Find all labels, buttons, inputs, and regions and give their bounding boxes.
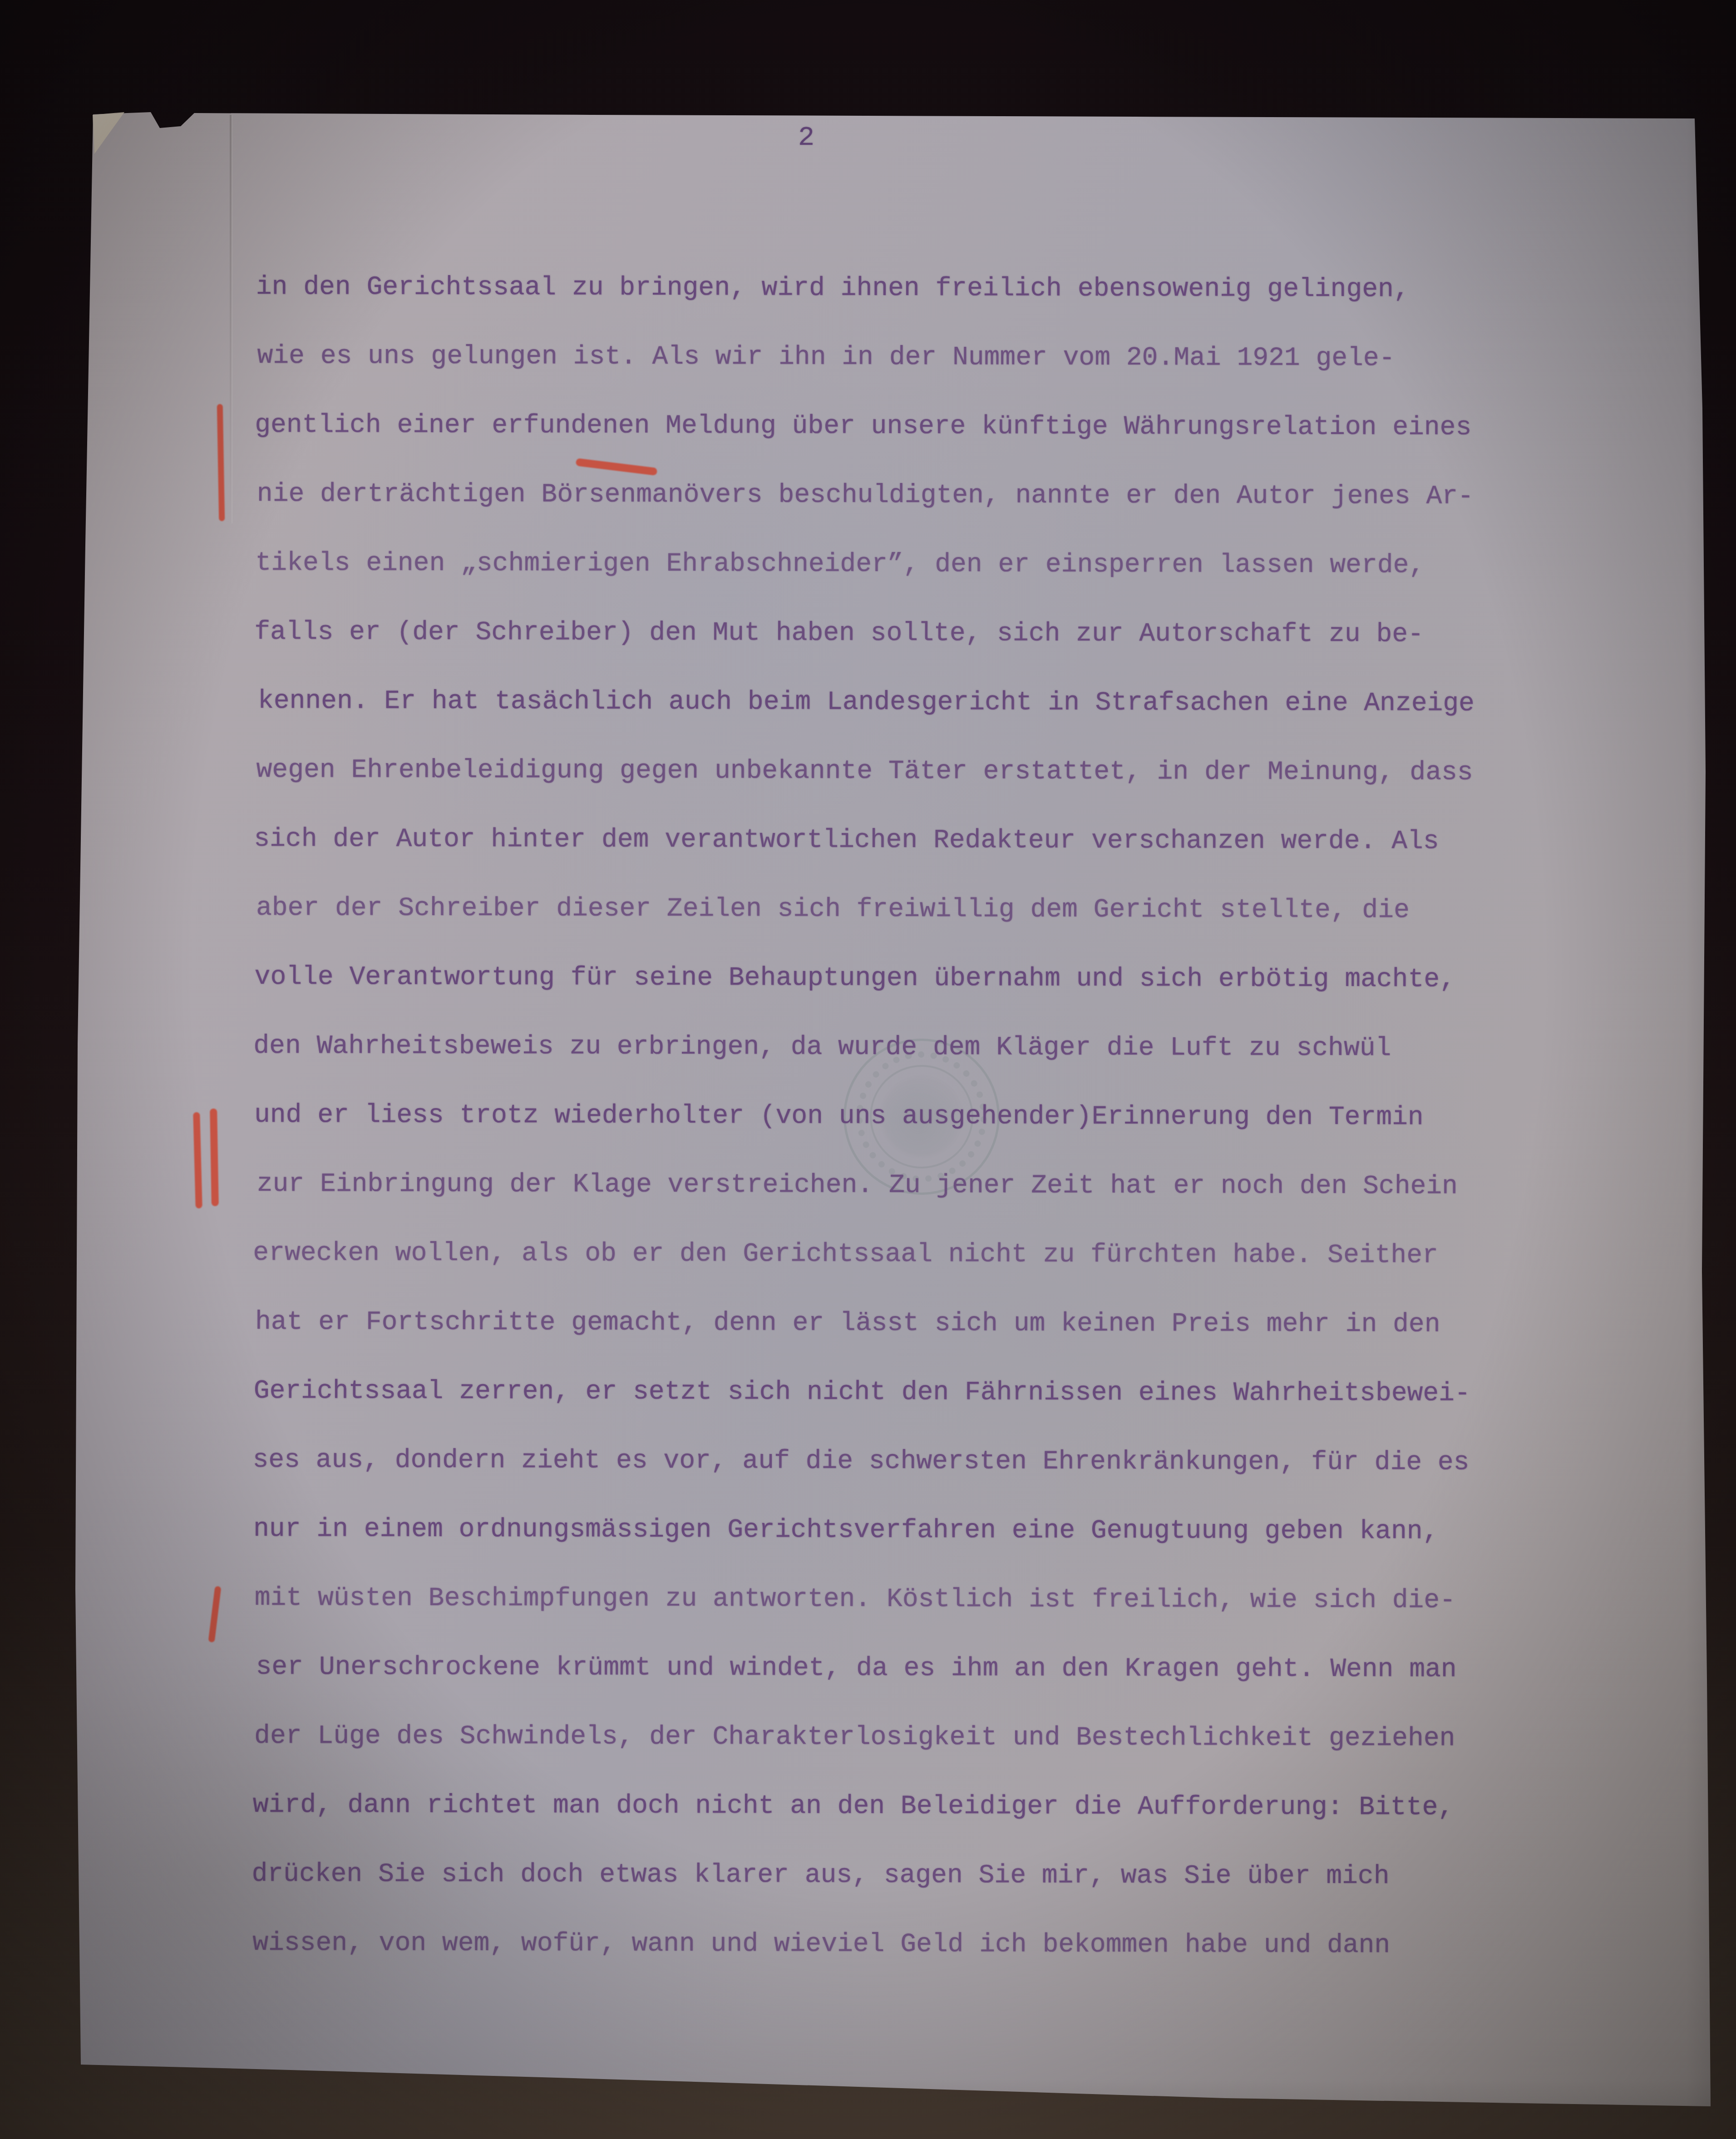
typewritten-text-block: in den Gerichtssaal zu bringen, wird ihn… [252, 253, 1518, 1981]
red-margin-mark-icon [217, 404, 225, 521]
red-margin-mark-icon [193, 1112, 202, 1208]
text-line: falls er (der Schreiber) den Mut haben s… [254, 598, 1516, 670]
red-margin-mark-icon [208, 1586, 221, 1643]
paper-sheet: 2 in den Gerichtssaal zu bringen, wird i… [0, 0, 1736, 2139]
text-line: gentlich einer erfundenen Meldung über u… [255, 391, 1517, 463]
text-line: wissen, von wem, wofür, wann und wieviel… [252, 1909, 1514, 1981]
text-line: wie es uns gelungen ist. Als wir ihn in … [257, 322, 1519, 394]
text-line: kennen. Er hat tasächlich auch beim Land… [258, 667, 1520, 739]
text-line: wird, dann richtet man doch nicht an den… [253, 1771, 1515, 1843]
page-number: 2 [779, 123, 833, 153]
text-line: zur Einbringung der Klage verstreichen. … [257, 1150, 1519, 1222]
text-line: der Lüge des Schwindels, der Charakterlo… [254, 1702, 1516, 1774]
text-line: in den Gerichtssaal zu bringen, wird ihn… [256, 253, 1518, 325]
text-line: tikels einen „schmierigen Ehrabschneider… [255, 529, 1517, 601]
text-line: wegen Ehrenbeleidigung gegen unbekannte … [256, 736, 1518, 808]
text-line: erwecken wollen, als ob er den Gerichtss… [253, 1219, 1515, 1291]
text-line: nur in einem ordnungsmässigen Gerichtsve… [253, 1495, 1515, 1567]
red-margin-mark-icon [210, 1109, 219, 1206]
text-line: ses aus, dondern zieht es vor, auf die s… [252, 1426, 1514, 1498]
text-line: den Wahrheitsbeweis zu erbringen, da wur… [253, 1012, 1515, 1084]
text-line: ser Unerschrockene krümmt und windet, da… [256, 1633, 1518, 1705]
text-line: aber der Schreiber dieser Zeilen sich fr… [256, 874, 1518, 946]
text-line: Gerichtssaal zerren, er setzt sich nicht… [254, 1357, 1516, 1429]
text-line: volle Verantwortung für seine Behauptung… [254, 943, 1516, 1015]
text-line: hat er Fortschritte gemacht, denn er läs… [255, 1288, 1517, 1360]
text-line: und er liess trotz wiederholter (von uns… [254, 1081, 1516, 1153]
scanned-document-photo: { "page": { "number": "2", "lines": [ "i… [0, 0, 1736, 2139]
paper-crease [230, 115, 232, 523]
text-line: drücken Sie sich doch etwas klarer aus, … [252, 1840, 1514, 1912]
text-line: nie derträchtigen Börsenmanövers beschul… [257, 460, 1519, 532]
text-line: sich der Autor hinter dem verantwortlich… [254, 805, 1516, 877]
text-line: mit wüsten Beschimpfungen zu antworten. … [255, 1564, 1517, 1636]
